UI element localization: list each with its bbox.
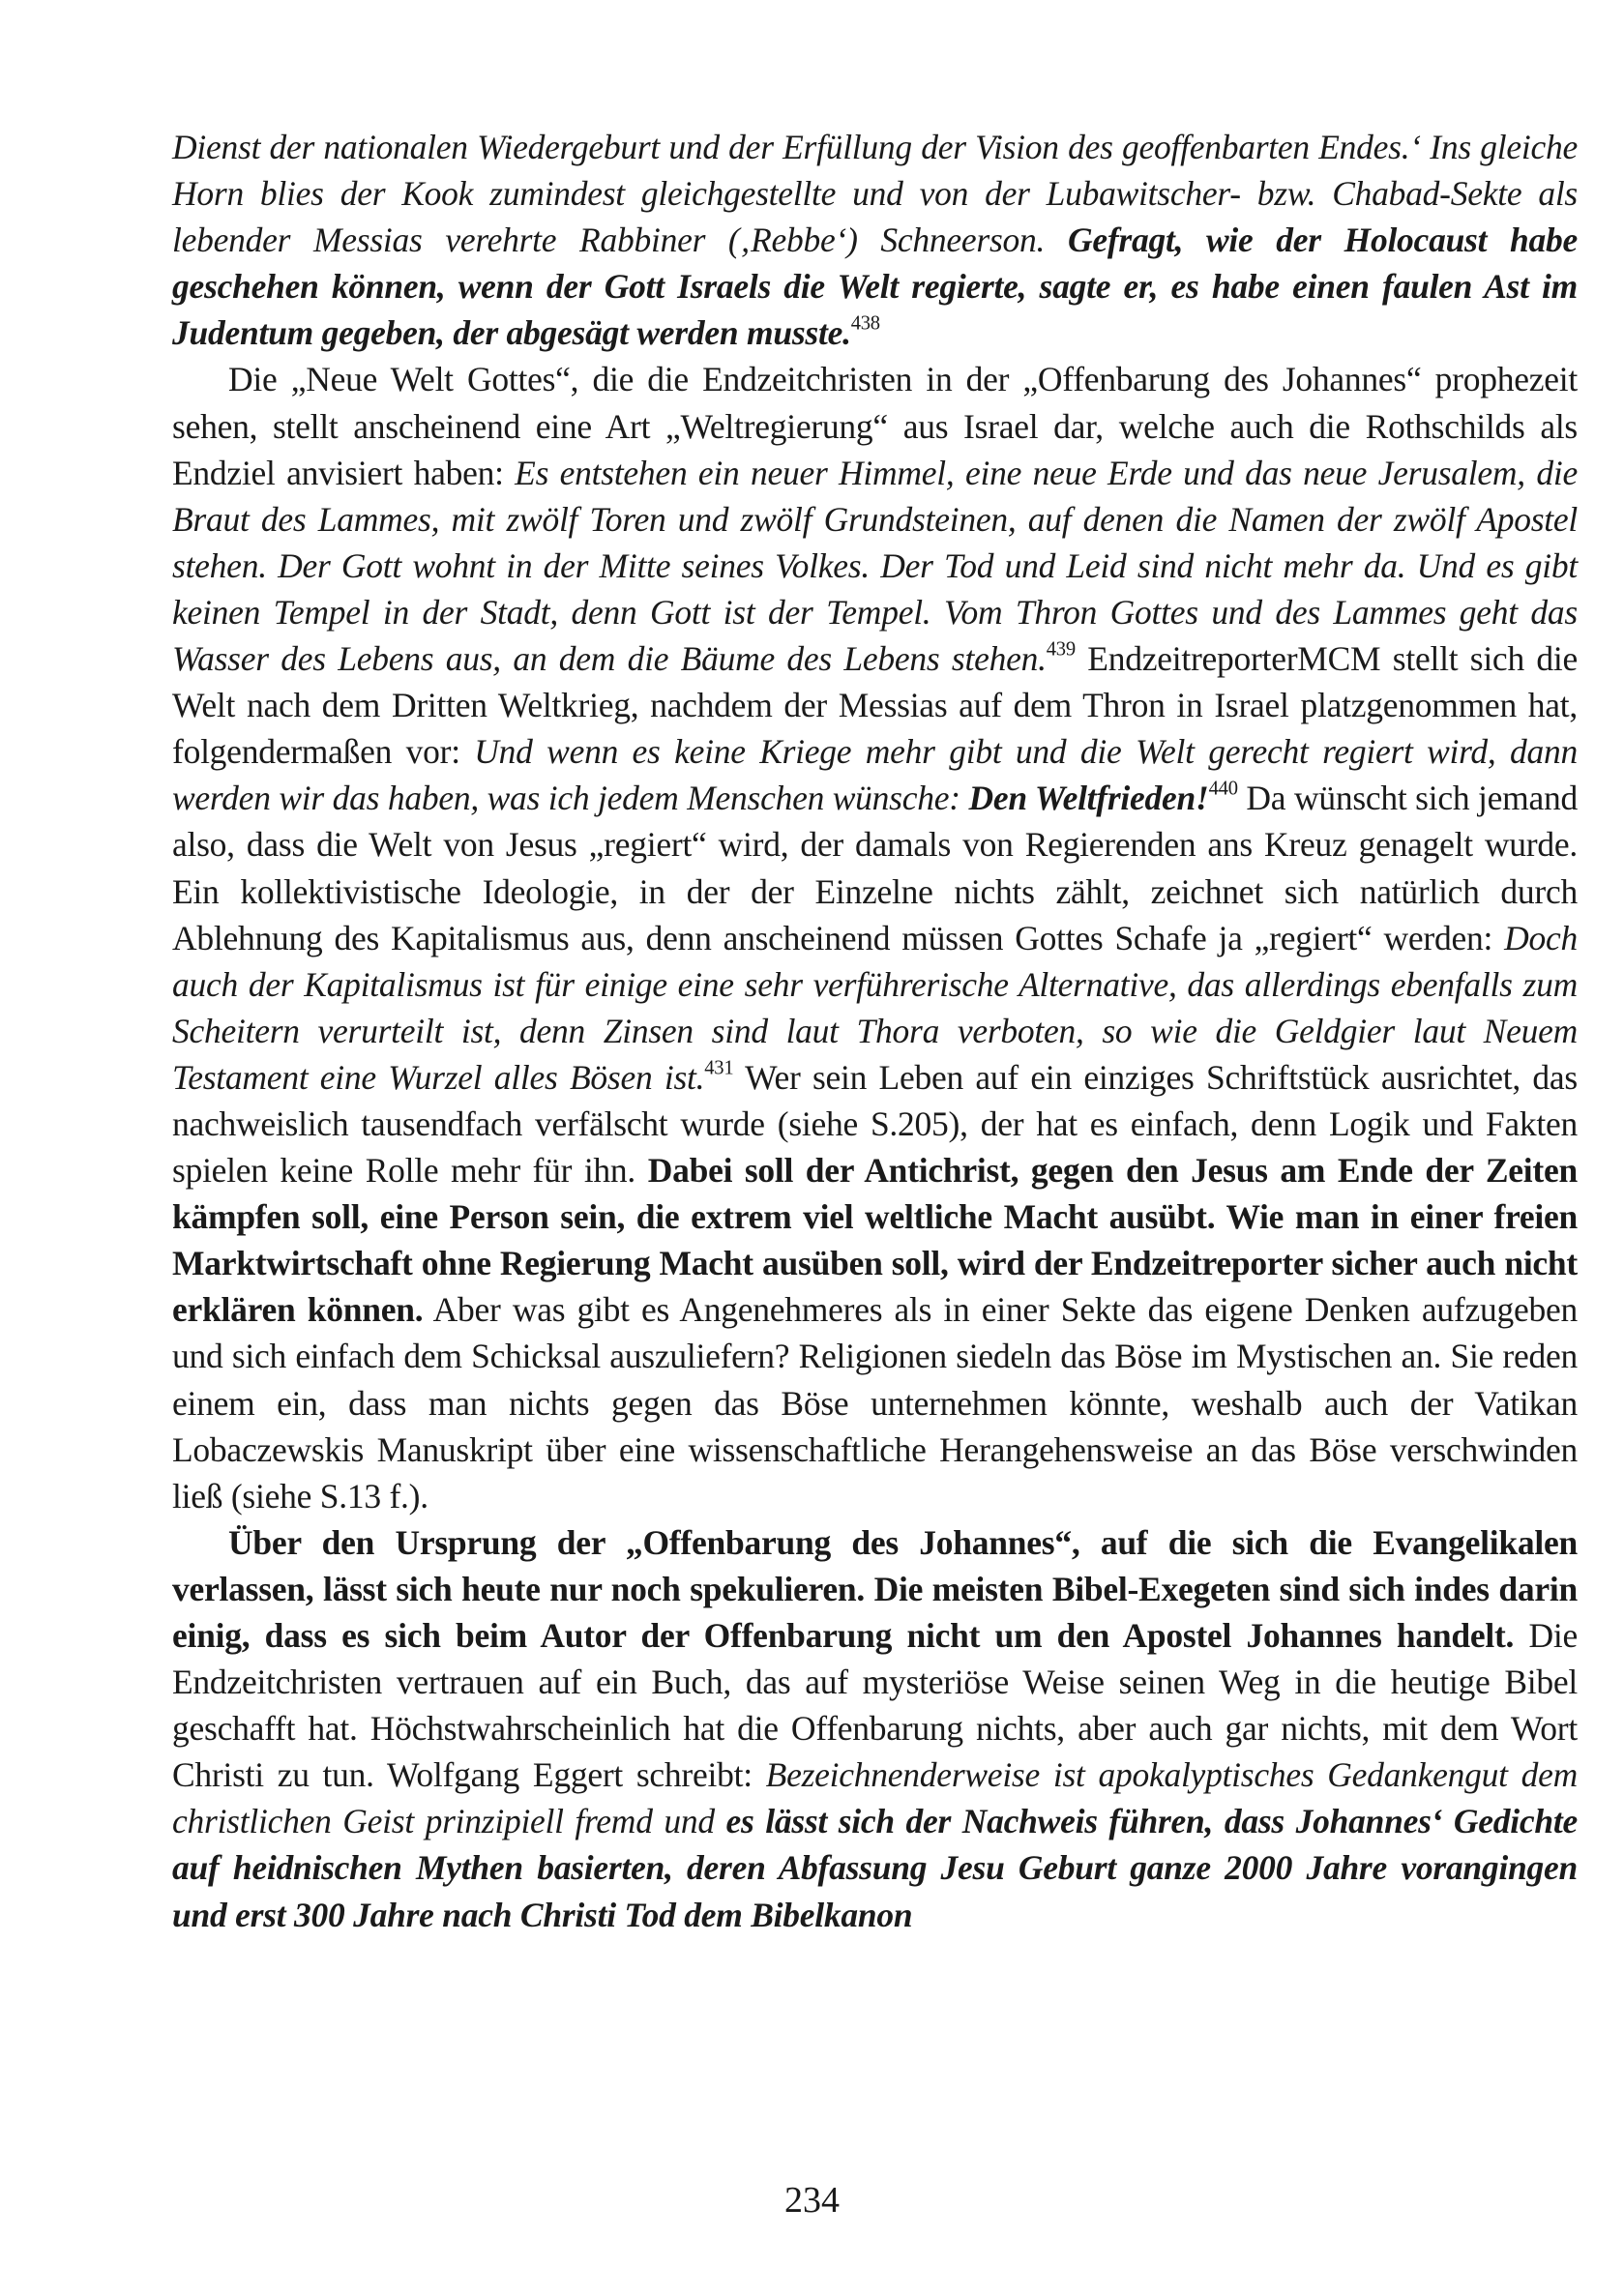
footnote-reference: 439: [1047, 639, 1076, 661]
book-page-body: Dienst der nationalen Wiedergeburt und d…: [172, 124, 1578, 1938]
footnote-reference: 431: [704, 1057, 733, 1078]
quoted-text: Den Weltfrieden!: [968, 779, 1208, 817]
footnote-reference: 438: [851, 313, 880, 335]
paragraph-2: Die „Neue Welt Gottes“, die die Endzeitc…: [172, 356, 1578, 1518]
emphasized-text: Über den Ursprung der „Offenbarung des J…: [172, 1523, 1578, 1655]
footnote-reference: 440: [1209, 779, 1238, 800]
page-number: 234: [0, 2179, 1624, 2222]
paragraph-3: Über den Ursprung der „Offenbarung des J…: [172, 1519, 1578, 1938]
paragraph-1: Dienst der nationalen Wiedergeburt und d…: [172, 124, 1578, 356]
